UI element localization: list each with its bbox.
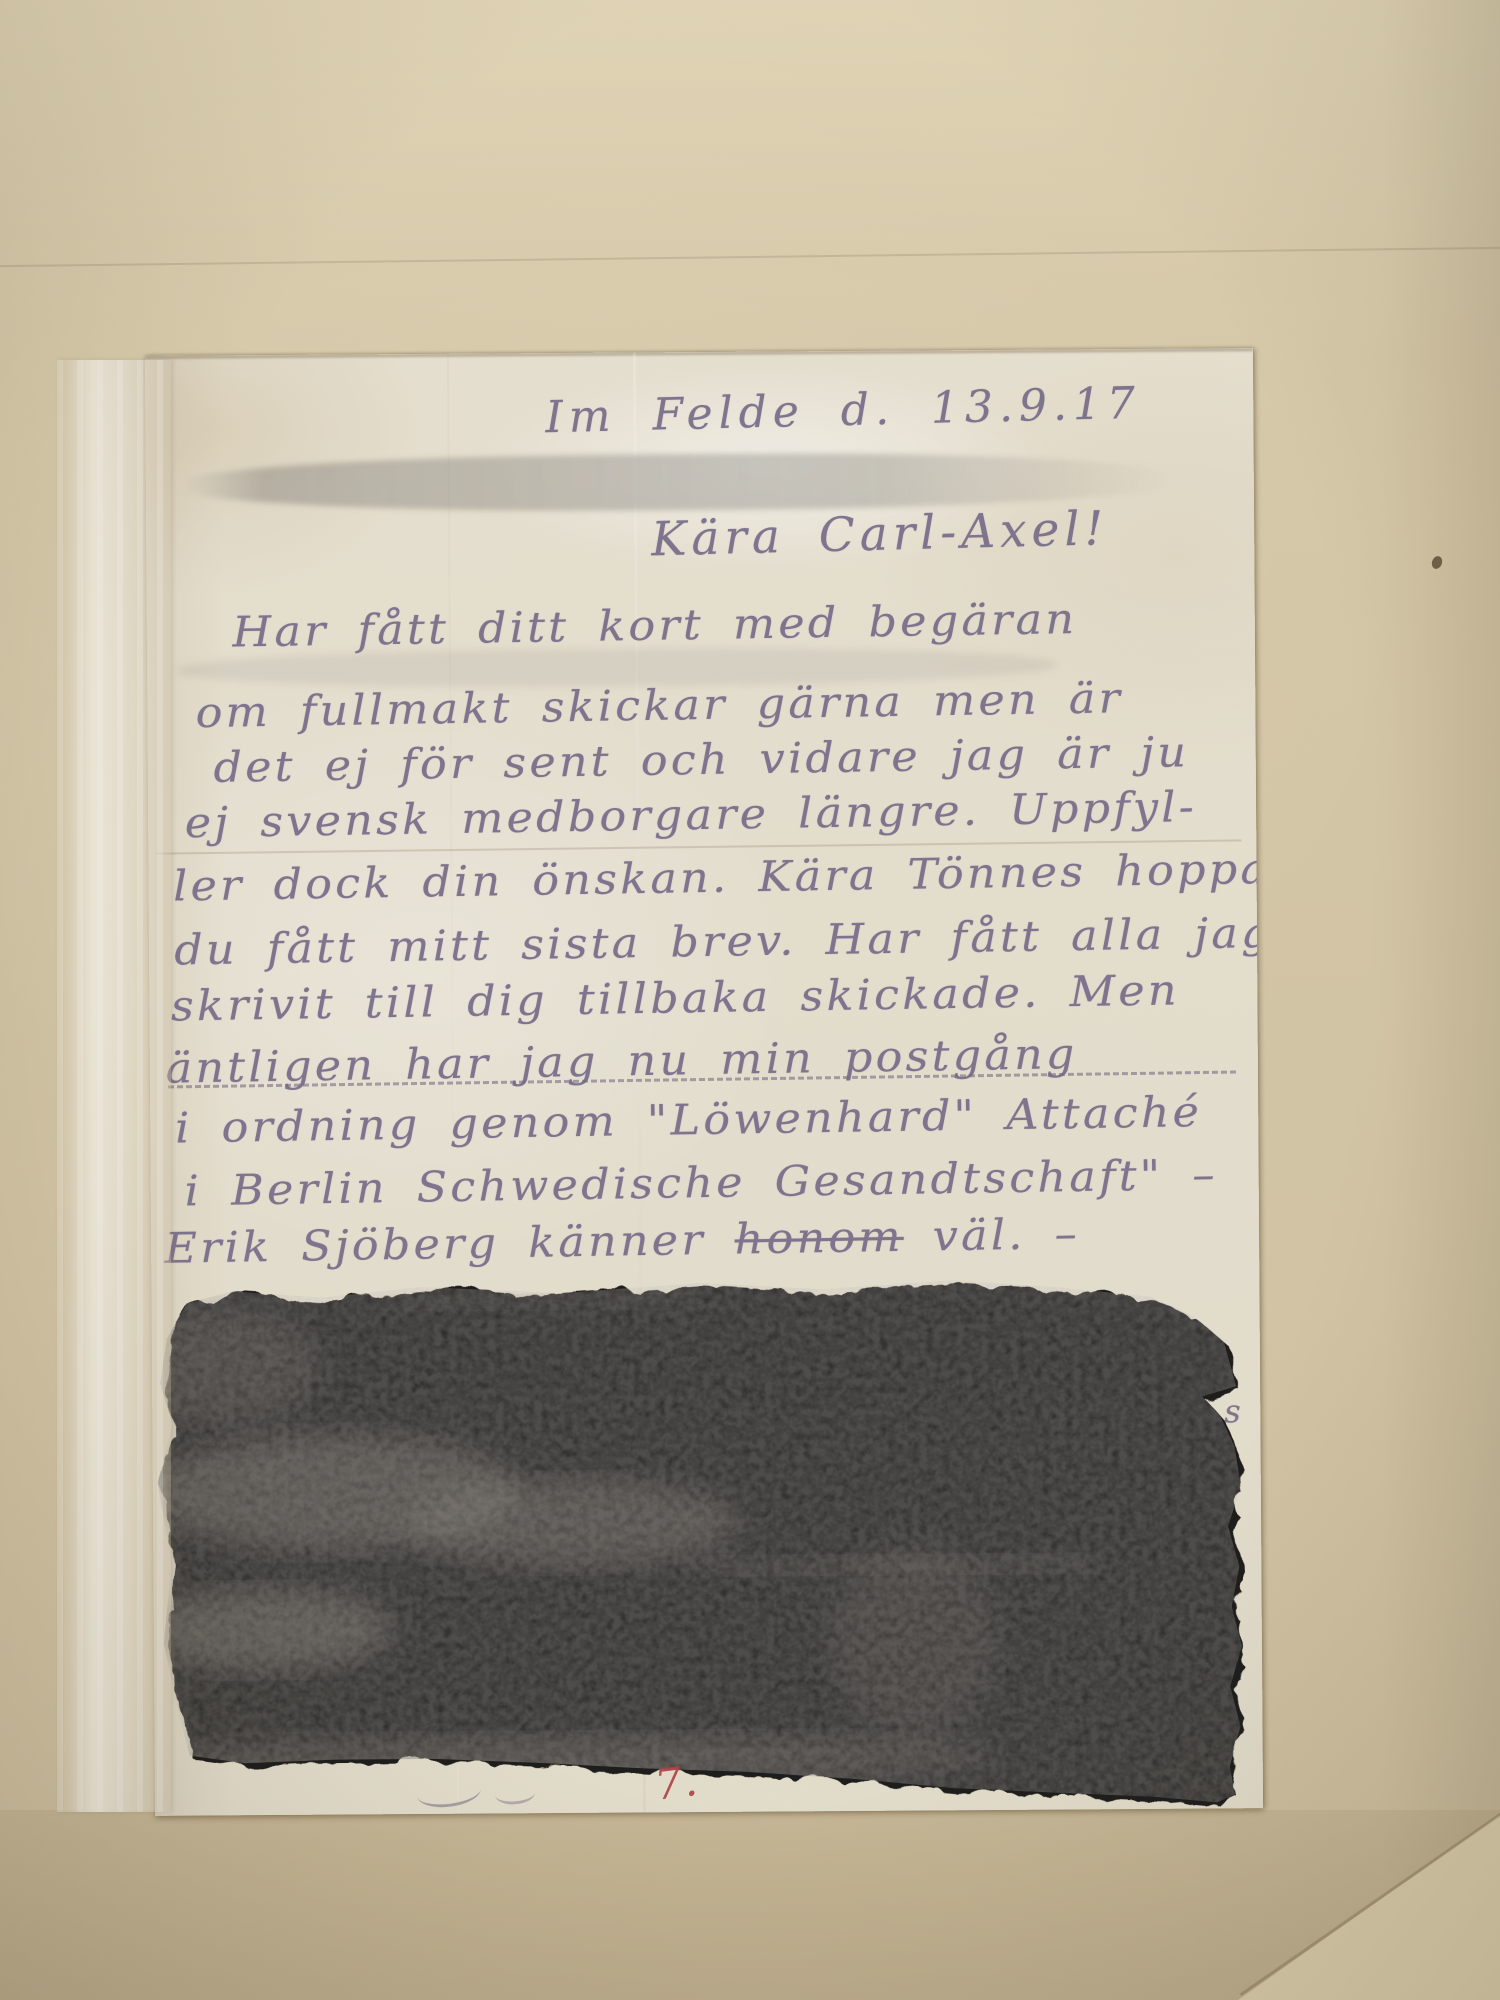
letter-line: Har fått ditt kort med begäran <box>232 594 1078 657</box>
album-page-top-shade <box>0 0 1500 352</box>
glassine-hinge-strip <box>57 360 171 1812</box>
letter-line: det ej för sent och vidare jag är ju <box>213 727 1190 792</box>
letter-line: ler dock din önskan. Kära Tönnes hoppas <box>173 843 1263 910</box>
letter-line: om fullmakt skickar gärna men är <box>195 673 1123 737</box>
letter-paper: Im Felde d. 13.9.17 Kära Carl-Axel! Har … <box>145 348 1263 1816</box>
letter-line: skrivit till dig tillbaka skickade. Men <box>170 965 1180 1030</box>
redaction-ink-block <box>145 1268 1263 1816</box>
ink-fragment: s <box>1224 1392 1241 1430</box>
album-page-right-shade <box>1380 0 1500 2000</box>
letter-line: du fått mitt sista brev. Har fått alla j… <box>174 908 1263 975</box>
letter-line: i ordning genom "Löwenhard" Attaché <box>175 1087 1203 1152</box>
letter-line: äntligen har jag nu min postgång <box>165 1029 1078 1093</box>
album-photo: Im Felde d. 13.9.17 Kära Carl-Axel! Har … <box>0 0 1500 2000</box>
page-number: 7. <box>652 1756 702 1810</box>
letter-line: Erik Sjöberg känner honom väl. – <box>164 1209 1080 1273</box>
letter-line: i Berlin Schwedische Gesandtschaft" – <box>184 1150 1218 1216</box>
letter-line: ej svensk medborgare längre. Uppfyl- <box>184 782 1197 847</box>
strikethrough-word: honom <box>734 1212 904 1264</box>
